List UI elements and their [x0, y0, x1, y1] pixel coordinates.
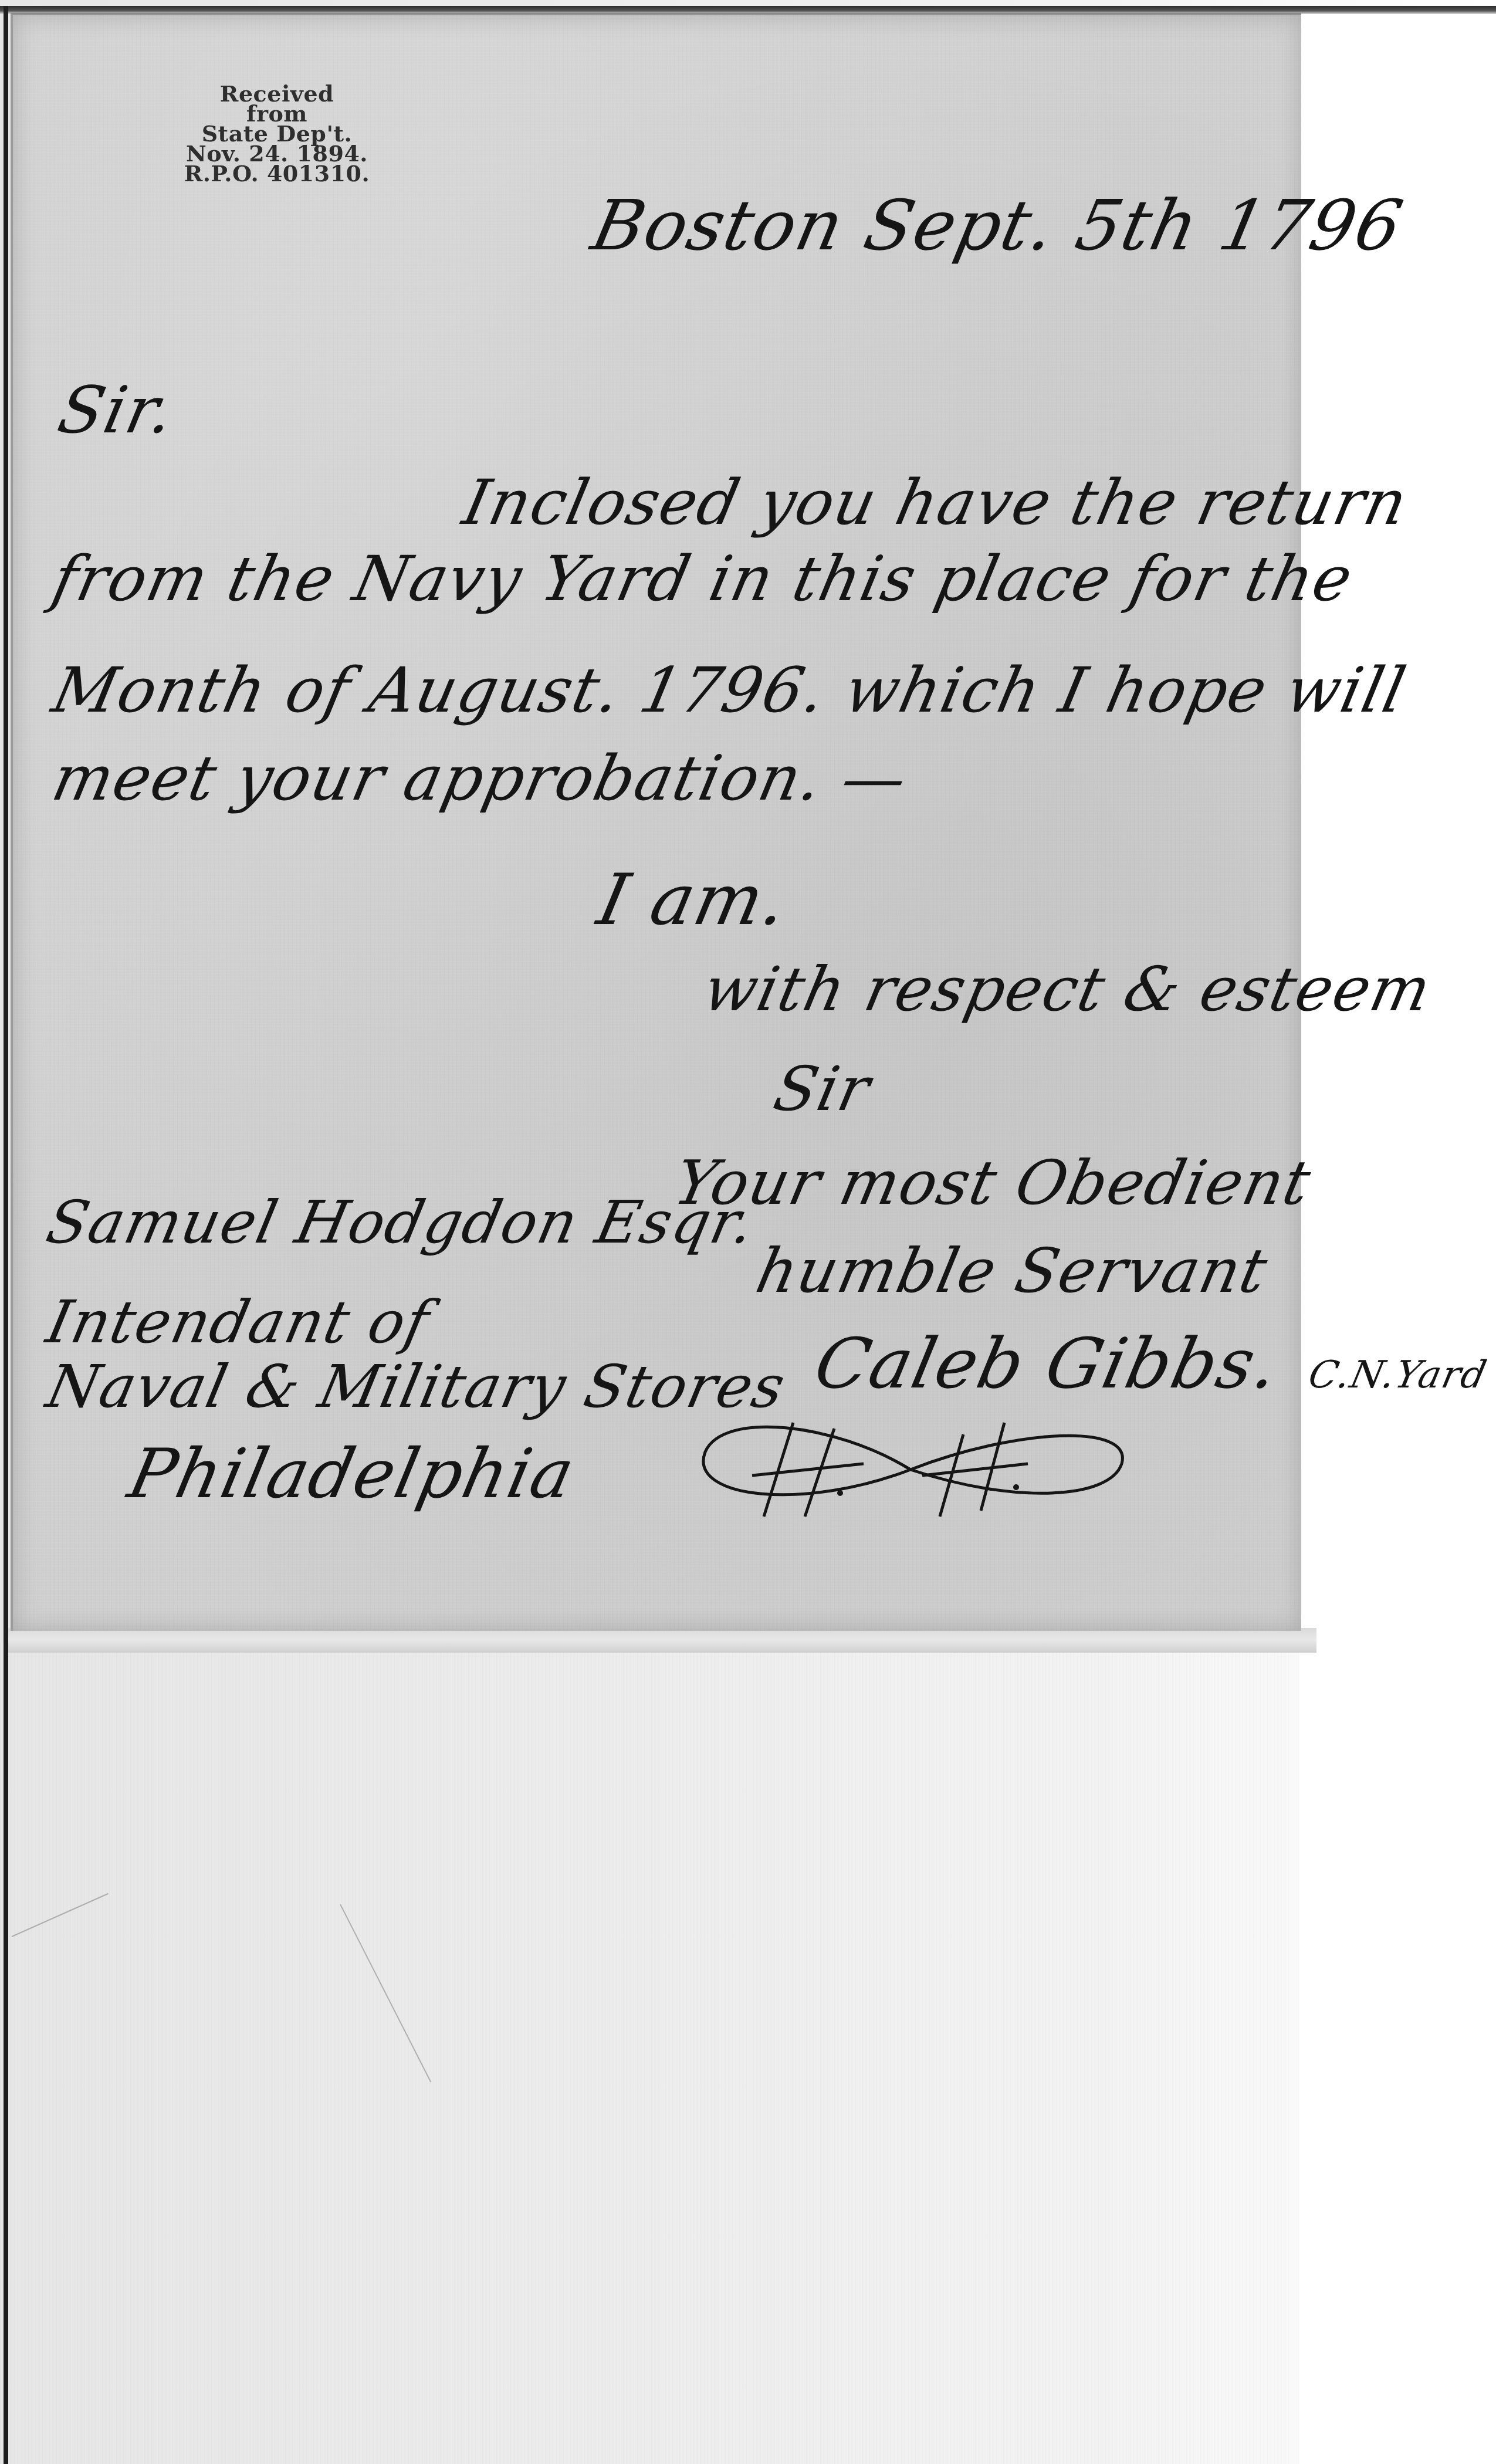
- place-and-date: Boston Sept. 5th 1796: [585, 185, 1410, 266]
- body-line: meet your approbation. —: [46, 742, 914, 814]
- stamp-reference-number: R.P.O. 401310.: [171, 164, 383, 184]
- closing-line: with respect & esteem: [698, 953, 1438, 1025]
- closing-line: humble Servant: [750, 1235, 1274, 1307]
- salutation: Sir.: [52, 373, 181, 448]
- left-frame-edge: [4, 6, 8, 2464]
- body-line: Inclosed you have the return: [457, 466, 1414, 539]
- addressee-title: Intendant of: [41, 1288, 436, 1356]
- protective-sleeve-edge: [8, 1628, 1316, 1653]
- scanner-texture: [0, 1643, 1291, 2464]
- received-stamp: Received from State Dep't. Nov. 24. 1894…: [189, 84, 365, 184]
- letter-page: Received from State Dep't. Nov. 24. 1894…: [11, 13, 1301, 1631]
- closing-line: Your most Obedient: [668, 1147, 1318, 1219]
- addressee-department: Naval & Military Stores: [41, 1352, 792, 1421]
- addressee-name: Samuel Hodgdon Esqr.: [41, 1188, 761, 1257]
- signature: Caleb Gibbs. C.N.Yard: [808, 1323, 1496, 1404]
- closing-line: Sir: [768, 1053, 877, 1125]
- right-margin: [1299, 14, 1496, 2464]
- closing-line: I am.: [591, 859, 796, 941]
- signature-title: C.N.Yard: [1305, 1353, 1491, 1397]
- body-line: Month of August. 1796. which I hope will: [46, 654, 1413, 726]
- signature-name: Caleb Gibbs.: [808, 1323, 1287, 1404]
- body-line: from the Navy Yard in this place for the: [46, 543, 1359, 615]
- addressee-city: Philadelphia: [122, 1434, 582, 1514]
